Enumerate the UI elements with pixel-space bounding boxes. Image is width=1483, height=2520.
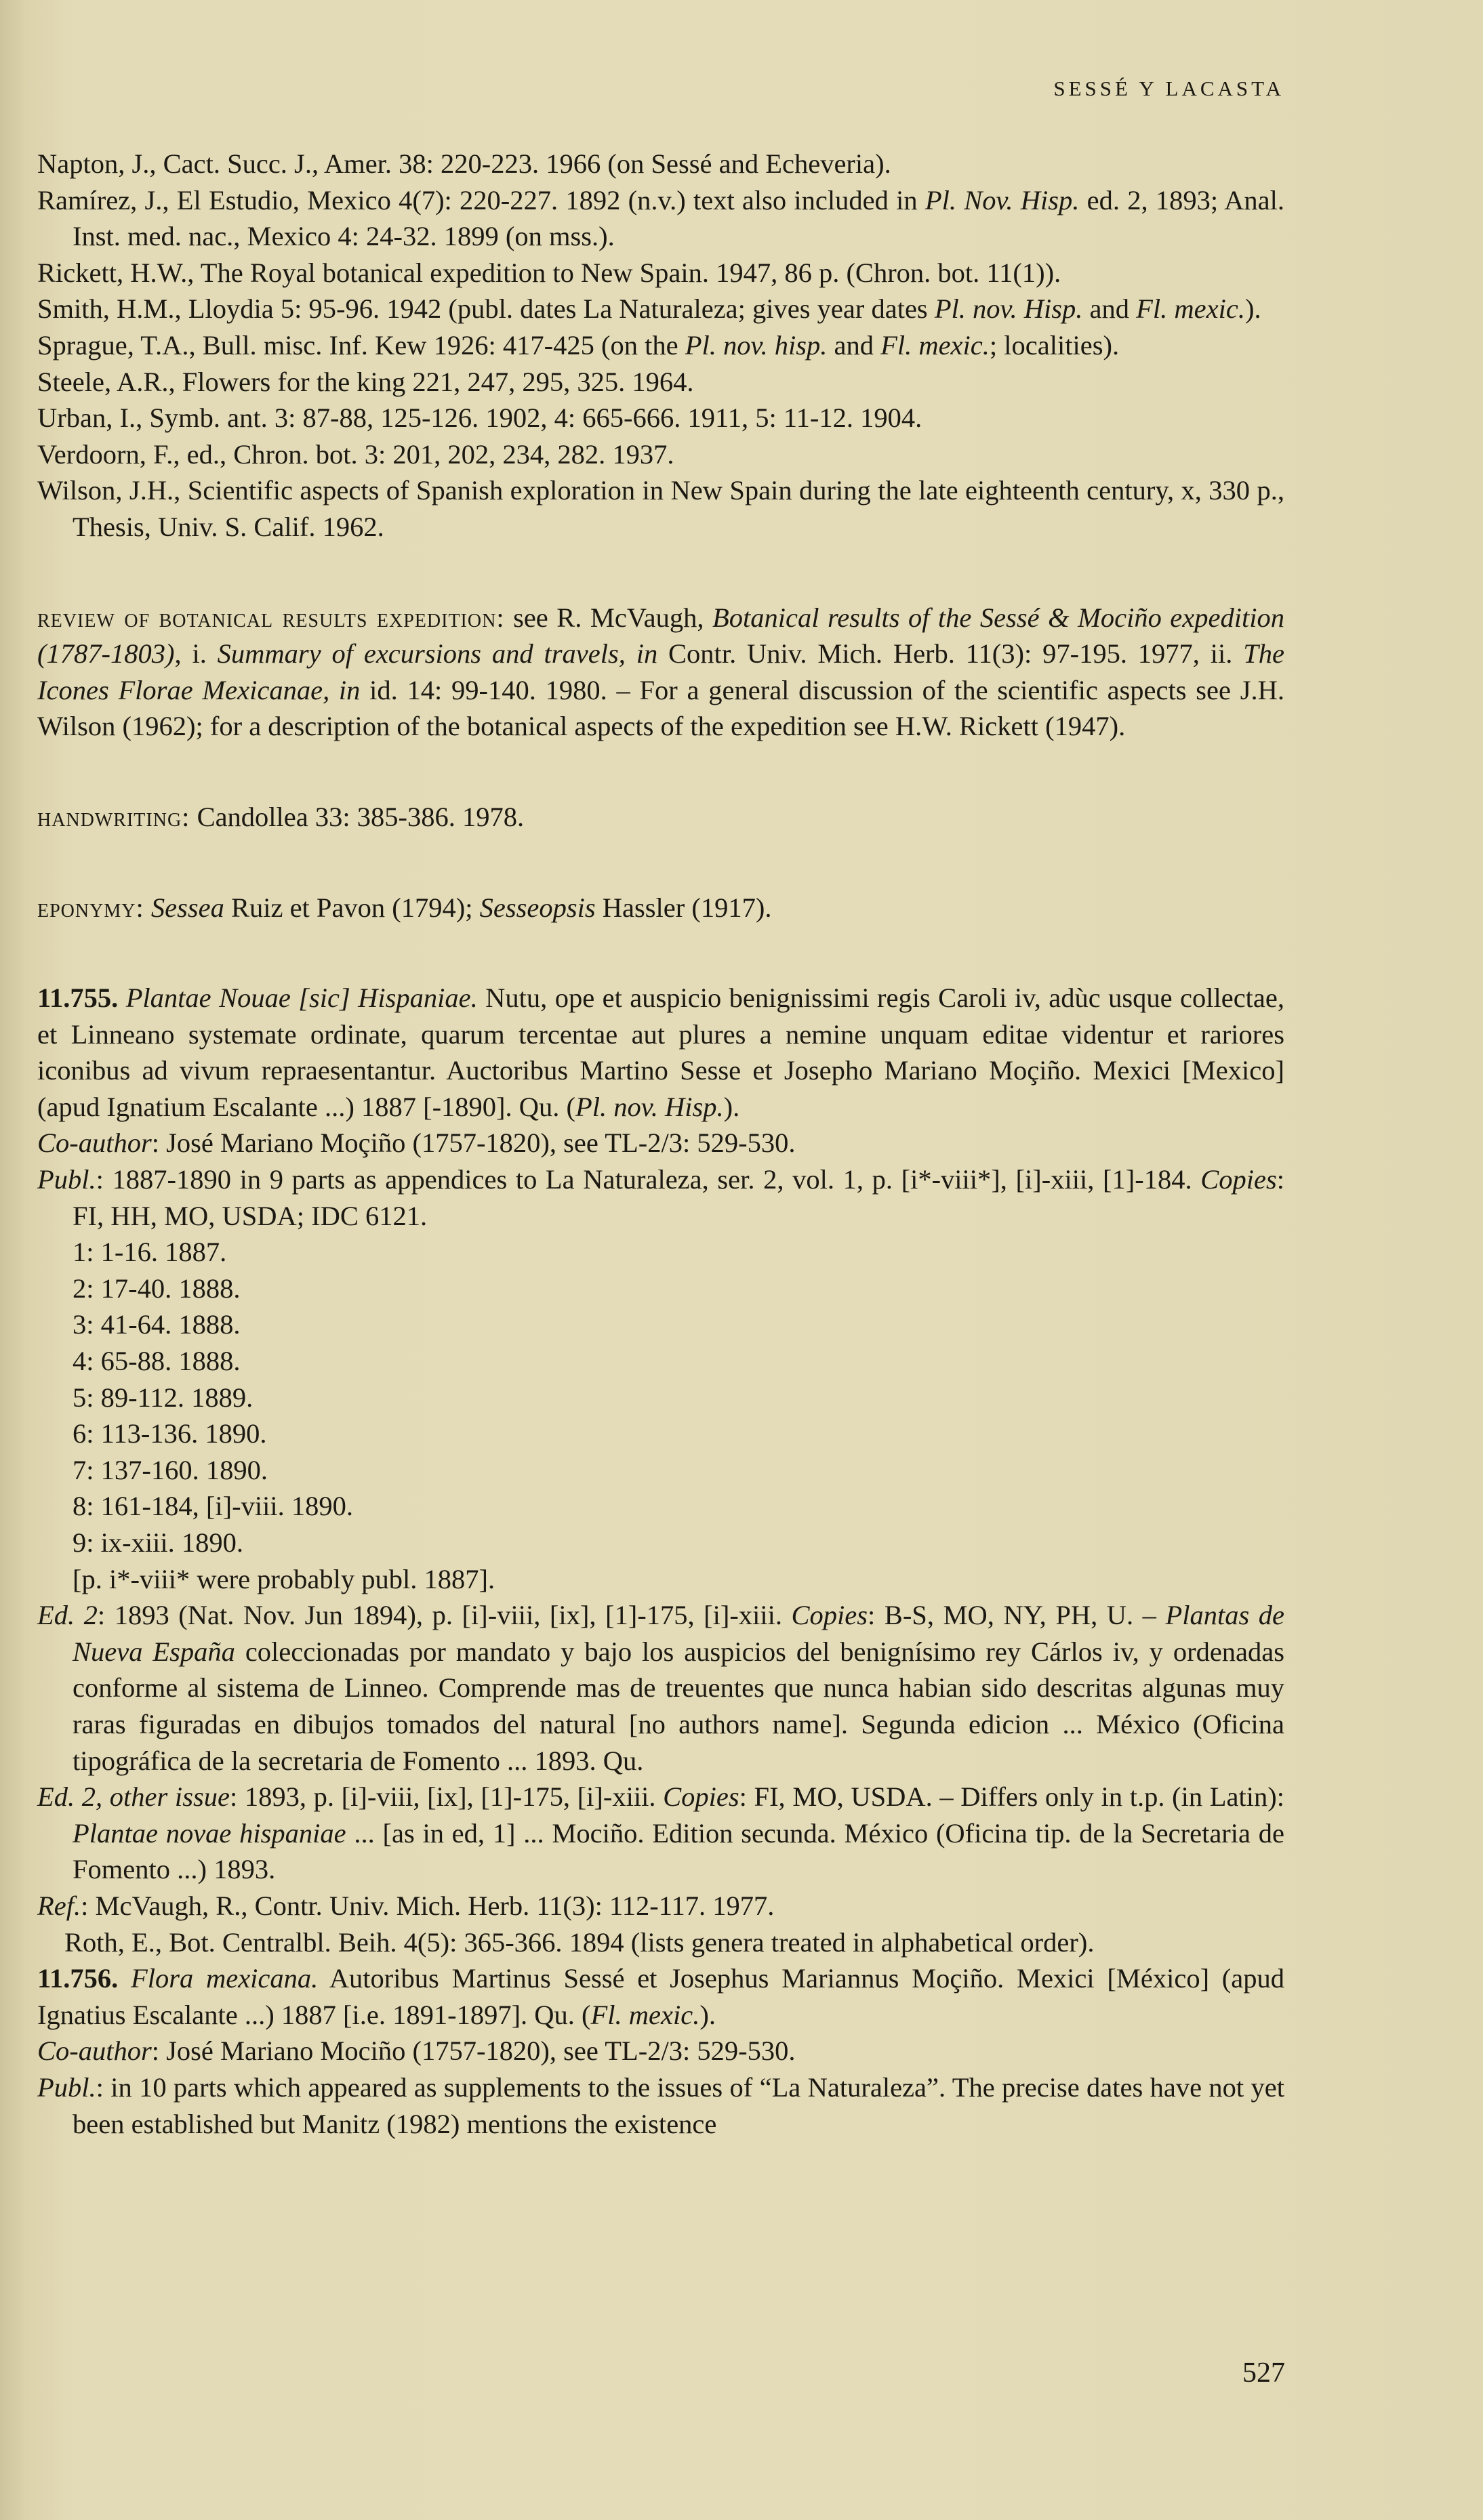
field-text: : B-S, MO, NY, PH, U. – bbox=[868, 1600, 1165, 1630]
reference-title: Pl. Nov. Hisp. bbox=[925, 185, 1080, 215]
reference-item: Rickett, H.W., The Royal botanical exped… bbox=[37, 255, 1284, 291]
field-label: Ed. 2, bbox=[37, 1781, 110, 1812]
reference-item: Urban, I., Symb. ant. 3: 87-88, 125-126.… bbox=[37, 400, 1284, 436]
field-label: Copies bbox=[1200, 1164, 1277, 1195]
page-number: 527 bbox=[1242, 2357, 1285, 2389]
spacer bbox=[37, 926, 1284, 980]
reference-text: and bbox=[1082, 293, 1136, 324]
section-text: Contr. Univ. Mich. Herb. 11(3): 97-195. … bbox=[657, 638, 1243, 669]
reference-text: Ramírez, J., El Estudio, Mexico 4(7): 22… bbox=[37, 185, 925, 215]
references-line: Roth, E., Bot. Centralbl. Beih. 4(5): 36… bbox=[37, 1924, 1284, 1961]
reference-text: Sprague, T.A., Bull. misc. Inf. Kew 1926… bbox=[37, 330, 685, 360]
section-text: see R. McVaugh, bbox=[505, 602, 712, 633]
field-label: other issue bbox=[110, 1781, 230, 1812]
genus-name: Sesseopsis bbox=[480, 892, 596, 923]
part-item: 2: 17-40. 1888. bbox=[37, 1271, 1284, 1307]
field-text: : José Mariano Mociño (1757-1820), see T… bbox=[152, 2036, 796, 2066]
field-label: Ed. 2 bbox=[37, 1600, 98, 1630]
page-body: Napton, J., Cact. Succ. J., Amer. 38: 22… bbox=[37, 146, 1284, 2142]
reference-title: Pl. nov. hisp. bbox=[685, 330, 828, 360]
part-item: 1: 1-16. 1887. bbox=[37, 1234, 1284, 1271]
section-label: review of botanical results expedition: bbox=[37, 602, 505, 633]
eponymy-section: eponymy: Sessea Ruiz et Pavon (1794); Se… bbox=[37, 890, 1284, 926]
section-text: Hassler (1917). bbox=[596, 892, 772, 923]
part-note: [p. i*-viii* were probably publ. 1887]. bbox=[37, 1561, 1284, 1598]
reference-text: Smith, H.M., Lloydia 5: 95-96. 1942 (pub… bbox=[37, 293, 935, 324]
references-line: Ref.: McVaugh, R., Contr. Univ. Mich. He… bbox=[37, 1888, 1284, 1924]
field-text: : 1887-1890 in 9 parts as appendices to … bbox=[96, 1164, 1201, 1195]
reference-title: Fl. mexic. bbox=[880, 330, 990, 360]
field-label: Copies bbox=[663, 1781, 739, 1812]
reference-item: Steele, A.R., Flowers for the king 221, … bbox=[37, 364, 1284, 400]
field-label: Ref. bbox=[37, 1891, 81, 1921]
part-item: 7: 137-160. 1890. bbox=[37, 1452, 1284, 1489]
reference-item: Napton, J., Cact. Succ. J., Amer. 38: 22… bbox=[37, 146, 1284, 182]
part-item: 9: ix-xiii. 1890. bbox=[37, 1525, 1284, 1561]
entry-title-text: ). bbox=[699, 2000, 716, 2030]
reference-title: Fl. mexic. bbox=[1136, 293, 1245, 324]
reference-title: Pl. nov. Hisp. bbox=[935, 293, 1083, 324]
entry-title-italic: Plantae Nouae [sic] Hispaniae. bbox=[126, 983, 478, 1013]
field-text: : FI, MO, USDA. – Differs only in t.p. (… bbox=[739, 1781, 1284, 1812]
field-label: Co-author bbox=[37, 2036, 152, 2066]
part-item: 4: 65-88. 1888. bbox=[37, 1343, 1284, 1380]
field-text: coleccionadas por mandato y bajo los aus… bbox=[73, 1636, 1284, 1776]
entry-number: 11.756. bbox=[37, 1963, 118, 1994]
handwriting-section: handwriting: Candollea 33: 385-386. 1978… bbox=[37, 799, 1284, 835]
reference-text: ; localities). bbox=[990, 330, 1119, 360]
entry-title-text: ). bbox=[724, 1092, 740, 1122]
field-label: Co-author bbox=[37, 1128, 152, 1158]
spacer bbox=[37, 545, 1284, 600]
section-label: handwriting: bbox=[37, 802, 190, 832]
edition-2-line: Ed. 2: 1893 (Nat. Nov. Jun 1894), p. [i]… bbox=[37, 1597, 1284, 1779]
entry-title: 11.755. Plantae Nouae [sic] Hispaniae. N… bbox=[37, 980, 1284, 1125]
field-label: Publ. bbox=[37, 2072, 96, 2103]
spacer bbox=[37, 745, 1284, 799]
edition-2-other-issue-line: Ed. 2, other issue: 1893, p. [i]-viii, [… bbox=[37, 1779, 1284, 1888]
part-item: 8: 161-184, [i]-viii. 1890. bbox=[37, 1488, 1284, 1525]
genus-name: Sessea bbox=[151, 892, 224, 923]
entry-title-italic: Flora mexicana. bbox=[131, 1963, 318, 1994]
field-text: : 1893 (Nat. Nov. Jun 1894), p. [i]-viii… bbox=[98, 1600, 792, 1630]
part-item: 5: 89-112. 1889. bbox=[37, 1380, 1284, 1416]
part-item: 6: 113-136. 1890. bbox=[37, 1416, 1284, 1452]
reference-item: Verdoorn, F., ed., Chron. bot. 3: 201, 2… bbox=[37, 436, 1284, 473]
section-text: Candollea 33: 385-386. 1978. bbox=[190, 802, 524, 832]
entry-abbreviation: Pl. nov. Hisp. bbox=[575, 1092, 724, 1122]
entry-title: 11.756. Flora mexicana. Autoribus Martin… bbox=[37, 1960, 1284, 2033]
reference-item: Wilson, J.H., Scientific aspects of Span… bbox=[37, 472, 1284, 545]
publication-line: Publ.: 1887-1890 in 9 parts as appendice… bbox=[37, 1161, 1284, 1234]
reference-item: Smith, H.M., Lloydia 5: 95-96. 1942 (pub… bbox=[37, 291, 1284, 327]
running-head: Sessé y Lacasta bbox=[1053, 77, 1284, 101]
field-label: Copies bbox=[792, 1600, 868, 1630]
section-label: eponymy: bbox=[37, 892, 144, 923]
parts-list: 1: 1-16. 1887. 2: 17-40. 1888. 3: 41-64.… bbox=[37, 1234, 1284, 1597]
coauthor-line: Co-author: José Mariano Mociño (1757-182… bbox=[37, 2033, 1284, 2069]
field-label: Publ. bbox=[37, 1164, 96, 1195]
entry-abbreviation: Fl. mexic. bbox=[591, 2000, 700, 2030]
entry-11-756: 11.756. Flora mexicana. Autoribus Martin… bbox=[37, 1960, 1284, 2142]
reference-list: Napton, J., Cact. Succ. J., Amer. 38: 22… bbox=[37, 146, 1284, 545]
field-text: : 1893, p. [i]-viii, [ix], [1]-175, [i]-… bbox=[230, 1781, 663, 1812]
reference-text: ). bbox=[1245, 293, 1261, 324]
entry-number: 11.755. bbox=[37, 983, 118, 1013]
spacer bbox=[37, 835, 1284, 890]
reference-item: Sprague, T.A., Bull. misc. Inf. Kew 1926… bbox=[37, 327, 1284, 364]
publication-line: Publ.: in 10 parts which appeared as sup… bbox=[37, 2069, 1284, 2142]
field-text: : José Mariano Moçiño (1757-1820), see T… bbox=[152, 1128, 796, 1158]
reference-text: and bbox=[827, 330, 880, 360]
reference-item: Ramírez, J., El Estudio, Mexico 4(7): 22… bbox=[37, 182, 1284, 255]
field-text: : in 10 parts which appeared as suppleme… bbox=[73, 2072, 1284, 2139]
section-title: Summary of excursions and travels, in bbox=[218, 638, 658, 669]
section-text: , i. bbox=[174, 638, 217, 669]
section-text: Ruiz et Pavon (1794); bbox=[224, 892, 480, 923]
review-section: review of botanical results expedition: … bbox=[37, 600, 1284, 745]
part-item: 3: 41-64. 1888. bbox=[37, 1306, 1284, 1343]
field-text: : McVaugh, R., Contr. Univ. Mich. Herb. … bbox=[81, 1891, 774, 1921]
edition-title: Plantae novae hispaniae bbox=[73, 1818, 346, 1848]
coauthor-line: Co-author: José Mariano Moçiño (1757-182… bbox=[37, 1125, 1284, 1161]
entry-11-755: 11.755. Plantae Nouae [sic] Hispaniae. N… bbox=[37, 980, 1284, 1960]
